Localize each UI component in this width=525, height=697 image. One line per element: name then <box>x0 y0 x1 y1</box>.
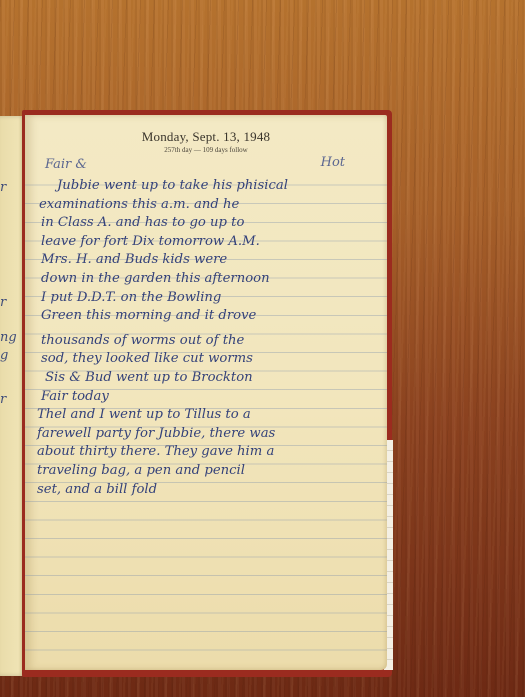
entry-line: thousands of worms out of the <box>35 332 377 351</box>
entry-line: Thel and I went up to Tillus to a <box>35 406 377 425</box>
printed-date: Monday, Sept. 13, 1948 <box>25 129 387 145</box>
printed-date-header: Monday, Sept. 13, 1948 257th day — 109 d… <box>25 129 387 154</box>
left-page-text-fragment: r <box>0 180 6 195</box>
entry-line: Jubbie went up to take his phisical <box>35 177 377 196</box>
left-page-text-fragment: r <box>0 295 6 310</box>
entry-line: traveling bag, a pen and pencil <box>35 462 377 481</box>
entry-line: I put D.D.T. on the Bowling <box>35 289 377 308</box>
entry-line: Fair today <box>35 388 377 407</box>
left-page-text-fragment: g <box>0 348 8 363</box>
entry-line: in Class A. and has to go up to <box>35 214 377 233</box>
left-page-text-fragment: r <box>0 392 6 407</box>
weather-notes: Fair & Hot <box>45 157 367 172</box>
entry-line: sod, they looked like cut worms <box>35 350 377 369</box>
entry-line: about thirty there. They gave him a <box>35 443 377 462</box>
entry-line: set, and a bill fold <box>35 481 377 500</box>
printed-day-count: 257th day — 109 days follow <box>25 146 387 154</box>
weather-note-right: Hot <box>321 155 345 170</box>
diary-page: Monday, Sept. 13, 1948 257th day — 109 d… <box>25 115 387 670</box>
left-page-text-fragment: ng <box>0 330 17 345</box>
entry-line: examinations this a.m. and he <box>35 196 377 215</box>
entry-line: down in the garden this afternoon <box>35 270 377 289</box>
entry-line: farewell party for Jubbie, there was <box>35 425 377 444</box>
entry-line: leave for fort Dix tomorrow A.M. <box>35 233 377 252</box>
entry-line: Green this morning and it drove <box>35 307 377 326</box>
entry-line: Sis & Bud went up to Brockton <box>35 369 377 388</box>
entry-line: Mrs. H. and Buds kids were <box>35 251 377 270</box>
weather-note-left: Fair & <box>45 157 87 172</box>
handwritten-entry: Jubbie went up to take his phisical exam… <box>35 177 377 499</box>
